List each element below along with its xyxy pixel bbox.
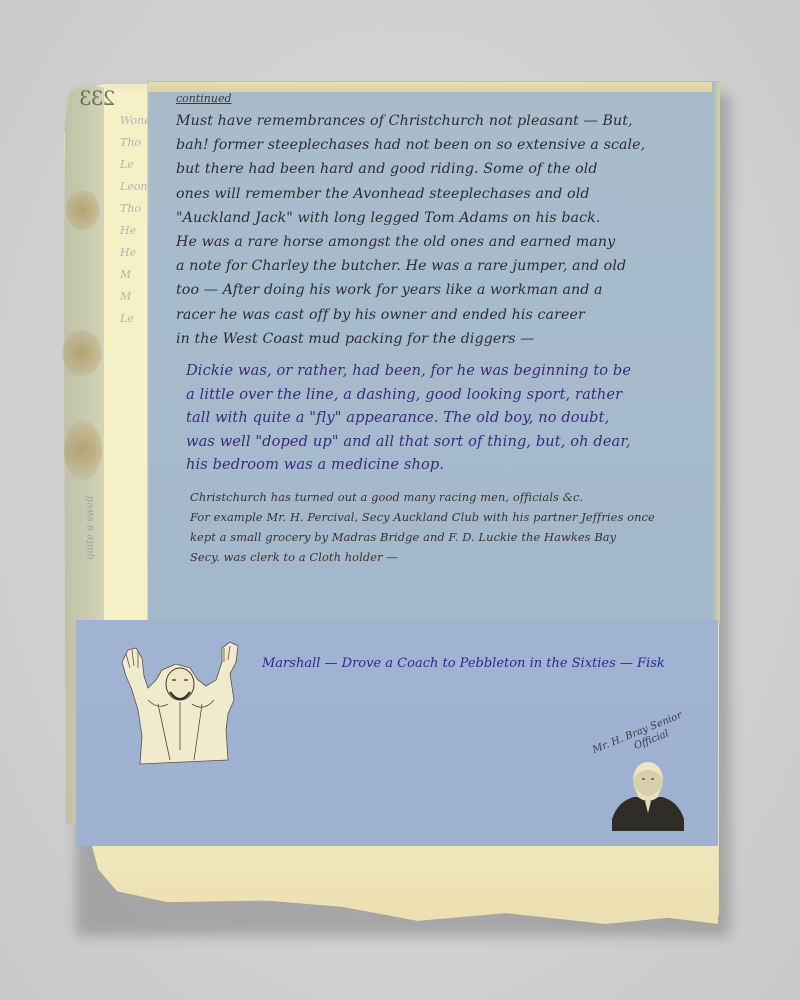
foxing-stain <box>66 190 100 230</box>
paragraph-2: Dickie was, or rather, had been, for he … <box>176 359 706 477</box>
foxing-stain <box>62 330 102 376</box>
foxing-stain <box>64 420 102 480</box>
paragraph-1: Must have remembrances of Christchurch n… <box>176 109 706 351</box>
page-number: 233 <box>80 86 115 110</box>
letter-text: continued Must have remembrances of Chri… <box>176 92 706 567</box>
continued-note: continued <box>176 92 706 105</box>
cartoon-sketch <box>118 640 254 766</box>
elderly-man-portrait-icon <box>612 757 684 831</box>
caption-marshall: Marshall — Drove a Coach to Pebbleton in… <box>262 656 665 671</box>
paragraph-3: Christchurch has turned out a good many … <box>176 487 706 567</box>
ghost-vertical-note: quite a swell <box>80 496 102 560</box>
man-raising-hands-icon <box>118 640 254 766</box>
portrait-photo <box>612 757 684 831</box>
blue-sheet-top-edge <box>148 82 718 92</box>
ghost-margin-text: Wone Tho Le Leon Tho He He M M Le <box>120 110 151 330</box>
blue-sheet-right-edge <box>712 82 720 622</box>
